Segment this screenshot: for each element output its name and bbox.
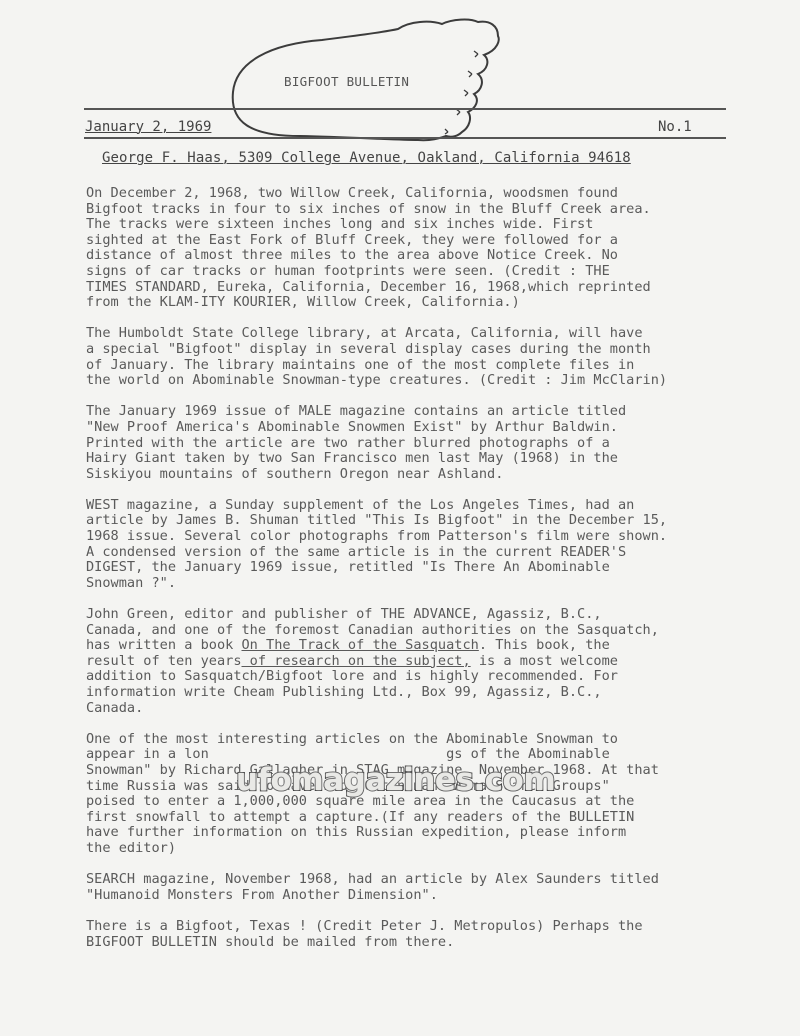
newsletter-page: BIGFOOT BULLETIN January 2, 1969 No.1 Ge…	[0, 0, 800, 1036]
article-body: On December 2, 1968, two Willow Creek, C…	[86, 186, 776, 966]
newsletter-title: BIGFOOT BULLETIN	[284, 74, 409, 89]
issue-date: January 2, 1969	[85, 119, 211, 135]
header-rule-bottom	[84, 137, 726, 139]
article-search-magazine: SEARCH magazine, November 1968, had an a…	[86, 872, 776, 903]
editor-address: George F. Haas, 5309 College Avenue, Oak…	[102, 150, 631, 166]
article-john-green-book: John Green, editor and publisher of THE …	[86, 607, 776, 716]
header-rule-top	[84, 108, 726, 110]
article-west-magazine: WEST magazine, a Sunday supplement of th…	[86, 498, 776, 592]
article-willow-creek-tracks: On December 2, 1968, two Willow Creek, C…	[86, 186, 776, 311]
watermark: ufomagazines.com	[236, 762, 555, 798]
article-male-magazine: The January 1969 issue of MALE magazine …	[86, 404, 776, 482]
book-title: On The Track of the Sasquatch	[242, 637, 479, 653]
article-humboldt-library: The Humboldt State College library, at A…	[86, 326, 776, 388]
article-bigfoot-texas: There is a Bigfoot, Texas ! (Credit Pete…	[86, 919, 776, 950]
issue-number: No.1	[658, 119, 692, 135]
